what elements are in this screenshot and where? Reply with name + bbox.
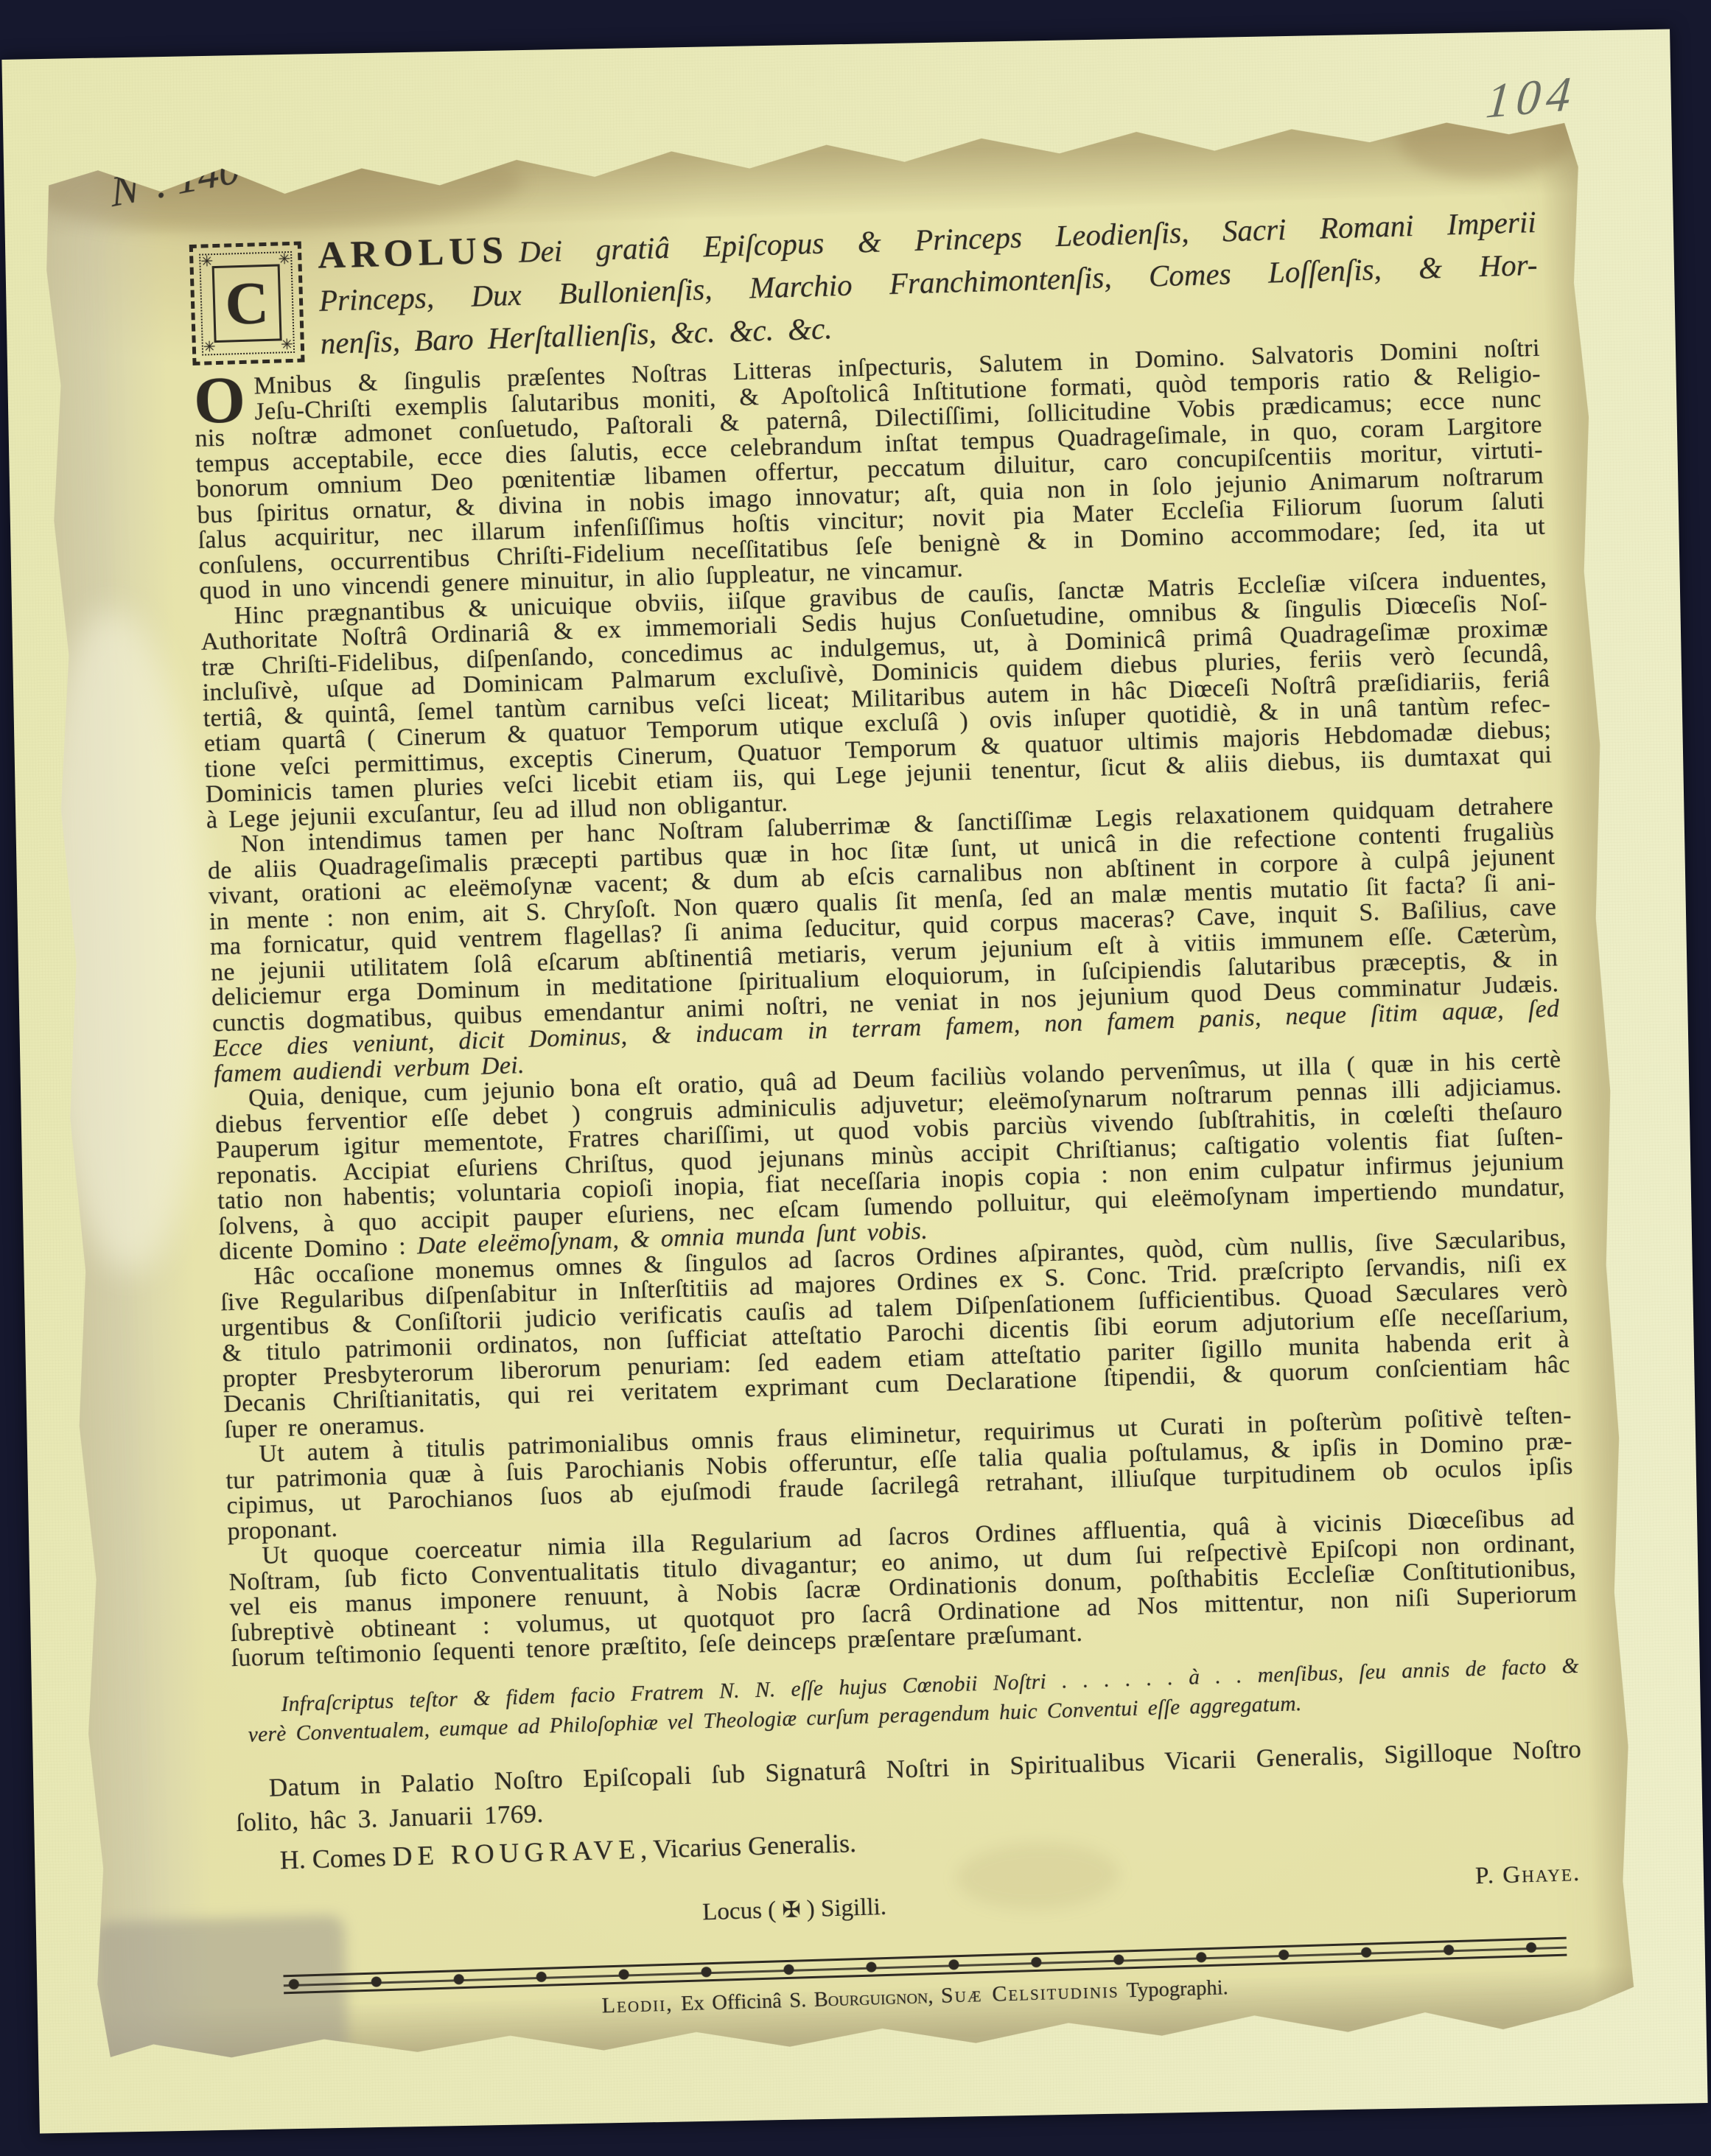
locus-post: ) Sigilli. xyxy=(800,1893,886,1922)
text-segment: ſolito, hâc 3. Januarii 1769. xyxy=(236,1799,544,1836)
paragraph-dispensation: Hinc prægnantibus & unicuique obviis, ii… xyxy=(200,564,1553,833)
drop-cap: O xyxy=(193,377,246,424)
locus-sigilli: Locus ( ✠ ) Sigilli. xyxy=(702,1893,887,1925)
imprint-printer: Bourguignon xyxy=(813,1985,928,2012)
locus-pre: Locus ( xyxy=(702,1897,783,1925)
heading-caps: AROLUS xyxy=(317,229,508,277)
photo-backdrop: 104 N°. 140 ✳ ✳ ✳ ✳ C xyxy=(0,0,1711,2156)
document-paper: N°. 140 ✳ ✳ ✳ ✳ C AROLUSDei gratiâ Epiſc… xyxy=(35,109,1643,2081)
initial-letter: C xyxy=(212,264,282,343)
ornamental-initial-frame: ✳ ✳ ✳ ✳ C xyxy=(189,242,305,365)
paper-stain xyxy=(27,607,216,1275)
mount-paper: 104 N°. 140 ✳ ✳ ✳ ✳ C xyxy=(1,29,1707,2133)
ornament-star-icon: ✳ xyxy=(278,252,290,267)
body-paragraphs: OMnibus & ſingulis præſentes Noſtras Lit… xyxy=(193,336,1583,1840)
handwritten-ink-number: N°. 140 xyxy=(109,143,242,217)
paragraph-salutation: OMnibus & ſingulis præſentes Noſtras Lit… xyxy=(193,336,1546,605)
handwritten-pencil-number: 104 xyxy=(1484,66,1579,130)
countersignature: P. Ghaye. xyxy=(1475,1860,1581,1890)
signature-name: DE ROUGRAVE xyxy=(392,1834,640,1872)
paper-stain xyxy=(35,136,524,239)
signature-post: , Vicarius Generalis. xyxy=(640,1828,856,1864)
imprint-text: Ex Officinâ S. xyxy=(673,1988,814,2015)
imprint-city: Leodii, xyxy=(601,1991,673,2017)
document-content: ✳ ✳ ✳ ✳ C AROLUSDei gratiâ Epiſcopus & P… xyxy=(189,199,1588,2029)
ornament-star-icon: ✳ xyxy=(281,337,293,352)
maltese-cross-icon: ✠ xyxy=(782,1897,801,1923)
imprint-title: Suæ Celsitudinis xyxy=(940,1978,1119,2007)
signature-pre: H. Comes xyxy=(279,1841,393,1875)
imprint-text: Typographi. xyxy=(1119,1976,1228,2002)
paragraph-non-intendimus: Non intendimus tamen per hanc Noſtram ſa… xyxy=(206,793,1560,1087)
imprint-text: , xyxy=(928,1984,942,2008)
